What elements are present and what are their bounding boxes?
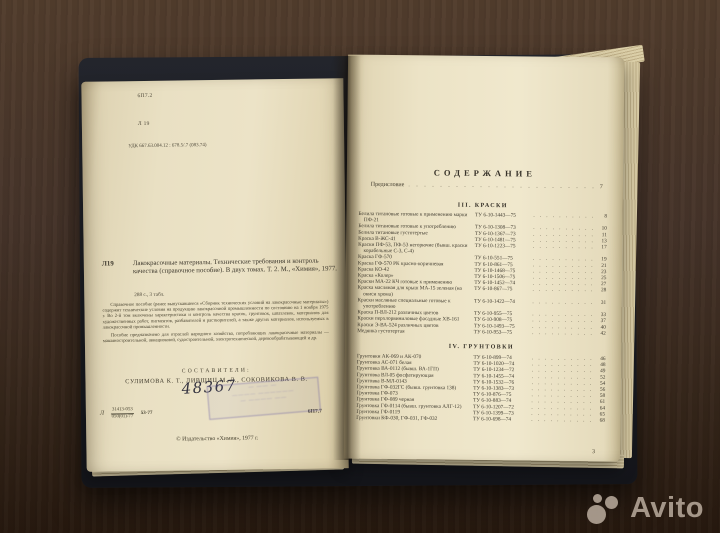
catalog-suffix: 53-77	[141, 410, 153, 415]
toc-entry-tu: ТУ 6-10-953—75	[474, 329, 532, 336]
toc-entry-dots: . . . . . . . . . . . . . . . . . . . . …	[532, 329, 594, 336]
preface-page-number: 7	[600, 184, 603, 190]
toc-entry-page: 68	[593, 417, 605, 423]
annotation-paragraph-1: Справочное пособие (ранее выпускавшееся …	[102, 299, 328, 330]
udc-line: УДК 667.63.004.12 : 678.5/.7 (083.74)	[128, 143, 206, 149]
toc-row: Медянка густотертая ТУ 6-10-953—75 . . .…	[357, 328, 606, 337]
toc-entry-tu: ТУ 6-10-1223—75	[475, 243, 533, 250]
preface-label: Предисловие	[371, 182, 405, 188]
toc-section-heading: III. КРАСКИ	[359, 201, 608, 210]
preface-dot-leader: . . . . . . . . . . . . . . . . . . . . …	[408, 182, 596, 190]
catalog-fraction: 31413-053 050(01)-77	[111, 407, 134, 420]
book-photo: 6П7.2 Л 19 УДК 667.63.004.12 : 678.5/.7 …	[0, 0, 720, 533]
toc-body: III. КРАСКИ Белила титановые готовые к п…	[356, 201, 607, 424]
toc-section-heading: IV. ГРУНТОВКИ	[357, 342, 606, 351]
right-page: СОДЕРЖАНИЕ Предисловие . . . . . . . . .…	[344, 55, 624, 462]
bibliographic-entry: Л19 Лакокрасочные материалы. Технические…	[102, 257, 338, 277]
toc-entry-page: 8	[595, 213, 607, 219]
toc-entry-page: 28	[594, 287, 606, 293]
catalog-denominator: 050(01)-77	[111, 414, 134, 420]
toc-sections: III. КРАСКИ Белила титановые готовые к п…	[356, 201, 607, 424]
catalog-label: Л19	[102, 260, 124, 277]
toc-rows: Грунтовки АК-069 и АК-070 ТУ 6-10-899—74…	[356, 353, 605, 423]
book-gutter-shadow	[333, 56, 361, 460]
toc-entry-title: Краски масляные специальные готовые к уп…	[357, 297, 474, 311]
pages-count: 288 с., 3 табл.	[134, 292, 164, 298]
author-index-code: Л 19	[138, 121, 150, 127]
toc-entry-tu: ТУ 6-10-867—75	[474, 286, 532, 293]
toc-title: СОДЕРЖАНИЕ	[347, 167, 623, 180]
compilers-heading: СОСТАВИТЕЛИ:	[85, 366, 347, 376]
toc-rows: Белила титановые готовые к применению ма…	[357, 211, 607, 337]
toc-entry-dots: . . . . . . . . . . . . . . . . . . . . …	[533, 243, 595, 250]
toc-section: IV. ГРУНТОВКИ Грунтовки АК-069 и АК-070 …	[356, 342, 605, 423]
toc-entry-page: 17	[595, 244, 607, 250]
toc-entry-title: Грунтовки КФ-030, ГФ-031, ГФ-032	[356, 415, 473, 422]
toc-row: Грунтовки КФ-030, ГФ-031, ГФ-032 ТУ 6-10…	[356, 415, 605, 424]
bibliography-text: Лакокрасочные материалы. Технические тре…	[133, 257, 338, 276]
catalog-prefix: Л	[100, 411, 104, 417]
toc-entry-dots: . . . . . . . . . . . . . . . . . . . . …	[531, 417, 593, 424]
toc-entry-title: Краски ПФ-53, ПФ-53 негорючие (бывш. кра…	[358, 241, 475, 255]
toc-entry-dots: . . . . . . . . . . . . . . . . . . . . …	[533, 286, 595, 293]
avito-watermark: Avito	[587, 492, 704, 525]
toc-entry-tu: ТУ 6-10-698—74	[473, 416, 531, 423]
toc-entry-dots: . . . . . . . . . . . . . . . . . . . . …	[532, 299, 594, 306]
toc-entry-page: 31	[594, 299, 606, 305]
toc-section: III. КРАСКИ Белила титановые готовые к п…	[357, 201, 607, 337]
toc-entry-page: 42	[594, 330, 606, 336]
toc-entry-title: Медянка густотертая	[357, 328, 474, 335]
copyright-line: © Издательство «Химия», 1977 г.	[86, 434, 348, 444]
catalog-index-line: Л 31413-053 050(01)-77 53-77	[100, 407, 153, 420]
page-folio: 3	[592, 449, 595, 455]
bbk-code-top: 6П7.2	[137, 93, 152, 99]
left-page: 6П7.2 Л 19 УДК 667.63.004.12 : 678.5/.7 …	[81, 78, 348, 472]
toc-entry-dots: . . . . . . . . . . . . . . . . . . . . …	[533, 212, 595, 219]
preface-row: Предисловие . . . . . . . . . . . . . . …	[371, 182, 603, 190]
annotation-paragraph-2: Пособие предназначено для отраслей народ…	[103, 330, 329, 344]
toc-entry-tu: ТУ 6-10-1443—75	[475, 212, 533, 219]
avito-logo-icon	[587, 493, 623, 525]
toc-entry-tu: ТУ 6-10-1422—74	[474, 298, 532, 305]
avito-watermark-text: Avito	[630, 492, 704, 525]
annotation-block: Справочное пособие (ранее выпускавшееся …	[102, 299, 329, 346]
